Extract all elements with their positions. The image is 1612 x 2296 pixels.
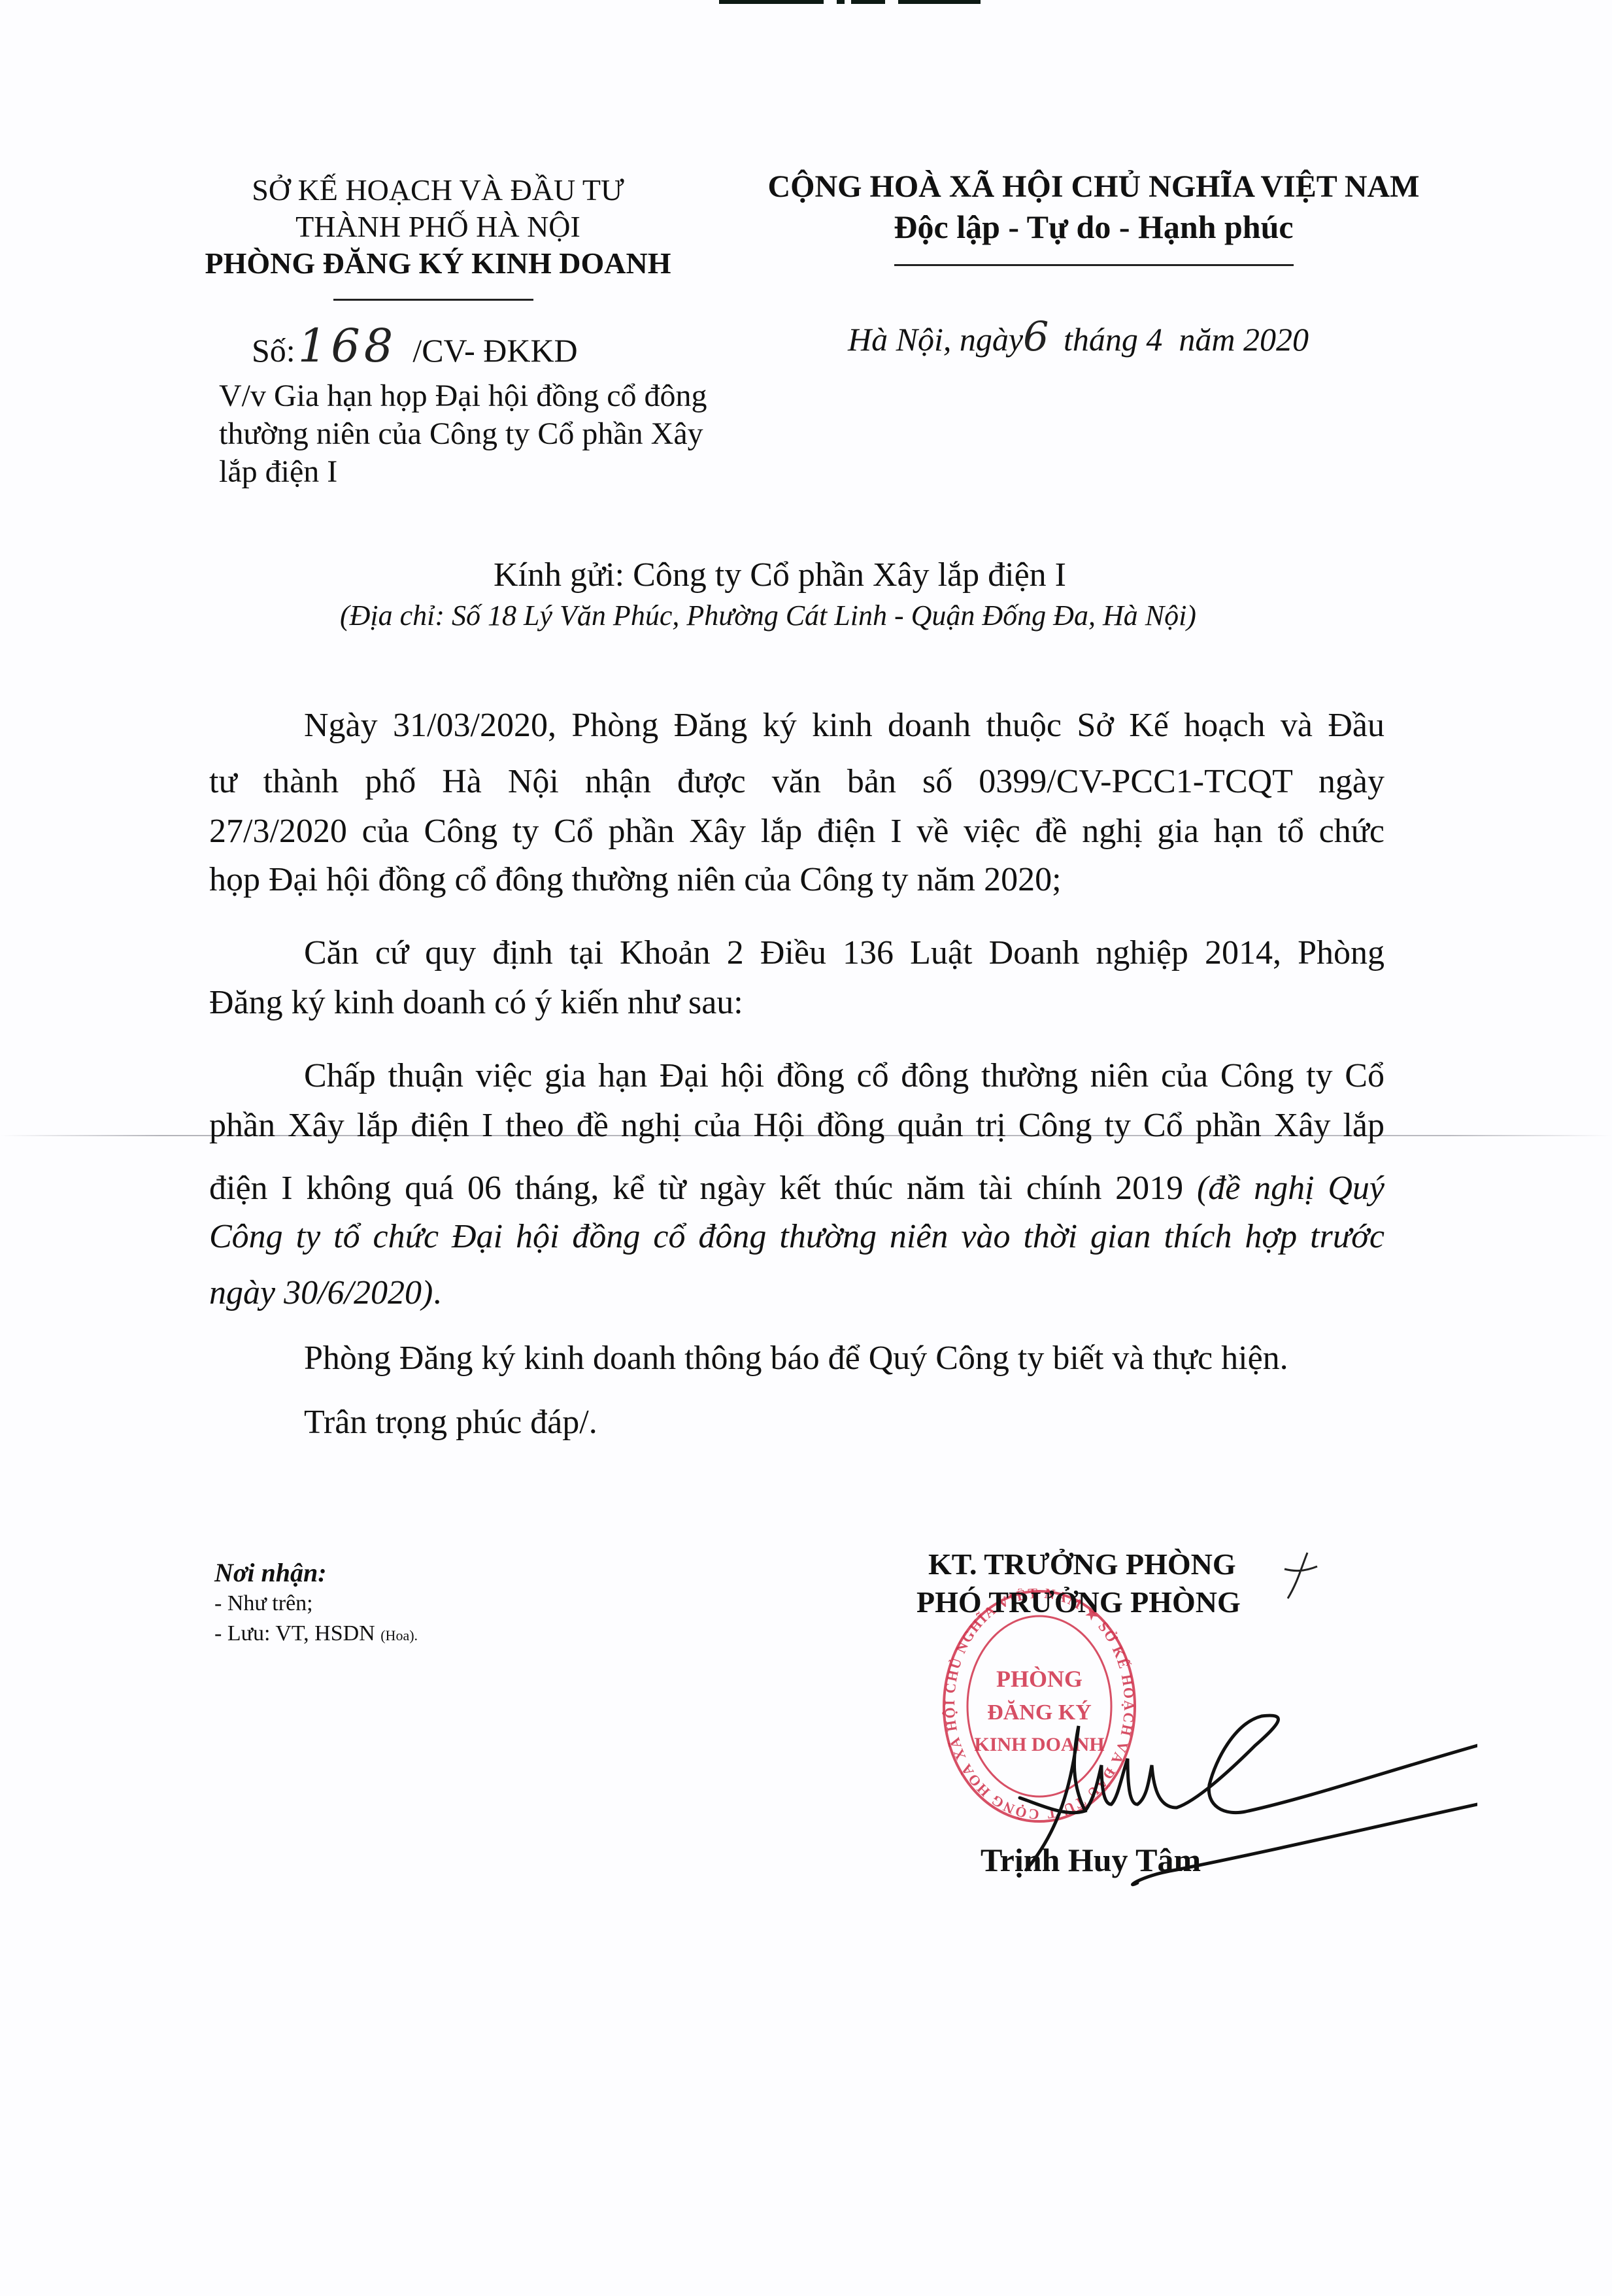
issue-date: Hà Nội, ngày6 tháng 4 năm 2020: [848, 312, 1309, 360]
body-p5: Trân trọng phúc đáp/.: [304, 1406, 1385, 1440]
subject-line-3: lắp điện I: [219, 454, 337, 490]
body-p1-line-2: tư thành phố Hà Nội nhận được văn bản số…: [209, 765, 1385, 799]
national-underline: [894, 264, 1294, 266]
scan-edge-mark: [851, 0, 885, 4]
issuer-line-2: THÀNH PHỐ HÀ NỘI: [170, 212, 706, 242]
recipients-title: Nơi nhận:: [214, 1557, 327, 1588]
signature-title-2: PHÓ TRƯỞNG PHÒNG: [916, 1587, 1241, 1617]
reference-suffix: /CV- ĐKKD: [412, 332, 577, 369]
scan-edge-mark: [719, 0, 824, 4]
body-p4: Phòng Đăng ký kinh doanh thông báo để Qu…: [304, 1342, 1385, 1376]
national-motto: Độc lập - Tự do - Hạnh phúc: [734, 211, 1453, 243]
scan-edge-mark: [837, 0, 845, 4]
subject-line-2: thường niên của Công ty Cổ phần Xây: [219, 416, 703, 452]
body-p1-line-1: Ngày 31/03/2020, Phòng Đăng ký kinh doan…: [304, 709, 1385, 743]
date-prefix: Hà Nội, ngày: [848, 321, 1023, 358]
body-p2-line-1: Căn cứ quy định tại Khoản 2 Điều 136 Luậ…: [304, 936, 1385, 970]
subject-line-1: V/v Gia hạn họp Đại hội đồng cổ đông: [219, 378, 707, 414]
recipient-to: Kính gửi: Công ty Cổ phần Xây lắp điện I: [494, 556, 1066, 594]
reference-handwritten-number: 168: [298, 319, 397, 373]
body-p2-line-2: Đăng ký kinh doanh có ý kiến như sau:: [209, 986, 1385, 1020]
national-title: CỘNG HOÀ XÃ HỘI CHỦ NGHĨA VIỆT NAM: [734, 171, 1453, 203]
initials-mark-icon: [1281, 1549, 1320, 1602]
issuer-underline: [333, 299, 533, 301]
recipients-item-2-note: (Hoa).: [380, 1627, 418, 1644]
date-handwritten-day: 6: [1023, 312, 1049, 360]
body-p3-line-3: điện I không quá 06 tháng, kể từ ngày kế…: [209, 1172, 1385, 1206]
scan-edge-mark: [898, 0, 981, 4]
signature-title-1: KT. TRƯỞNG PHÒNG: [928, 1549, 1236, 1579]
reference-number: Số:168/CV- ĐKKD: [252, 319, 578, 373]
issuer-line-1: SỞ KẾ HOẠCH VÀ ĐẦU TƯ: [170, 175, 706, 205]
body-p1-line-3: 27/3/2020 của Công ty Cổ phần Xây lắp đi…: [209, 815, 1385, 849]
recipient-address: (Địa chỉ: Số 18 Lý Văn Phúc, Phường Cát …: [340, 599, 1196, 632]
body-p3-line-3-normal: điện I không quá 06 tháng, kể từ ngày kế…: [209, 1170, 1197, 1207]
body-p3-line-4: Công ty tổ chức Đại hội đồng cổ đông thư…: [209, 1220, 1385, 1254]
issuer-line-3: PHÒNG ĐĂNG KÝ KINH DOANH: [170, 248, 706, 279]
body-p3-line-5: ngày 30/6/2020).: [209, 1276, 1385, 1310]
signatory-name: Trịnh Huy Tâm: [981, 1844, 1201, 1876]
recipients-item-2: - Lưu: VT, HSDN (Hoa).: [214, 1623, 418, 1645]
date-rest: tháng 4 năm 2020: [1064, 321, 1309, 358]
recipients-item-1: - Như trên;: [214, 1593, 313, 1615]
body-p1-line-4: họp Đại hội đồng cổ đông thường niên của…: [209, 863, 1385, 897]
recipients-item-2-text: - Lưu: VT, HSDN: [214, 1621, 375, 1646]
reference-prefix: Số:: [252, 332, 295, 369]
body-p3-line-5-italic: ngày 30/6/2020): [209, 1274, 433, 1311]
body-p3-line-5-end: .: [433, 1274, 441, 1311]
body-p3-line-1: Chấp thuận việc gia hạn Đại hội đồng cổ …: [304, 1059, 1385, 1093]
body-p3-line-2: phần Xây lắp điện I theo đề nghị của Hội…: [209, 1109, 1385, 1143]
body-p3-line-3-italic: (đề nghị Quý: [1197, 1170, 1385, 1207]
